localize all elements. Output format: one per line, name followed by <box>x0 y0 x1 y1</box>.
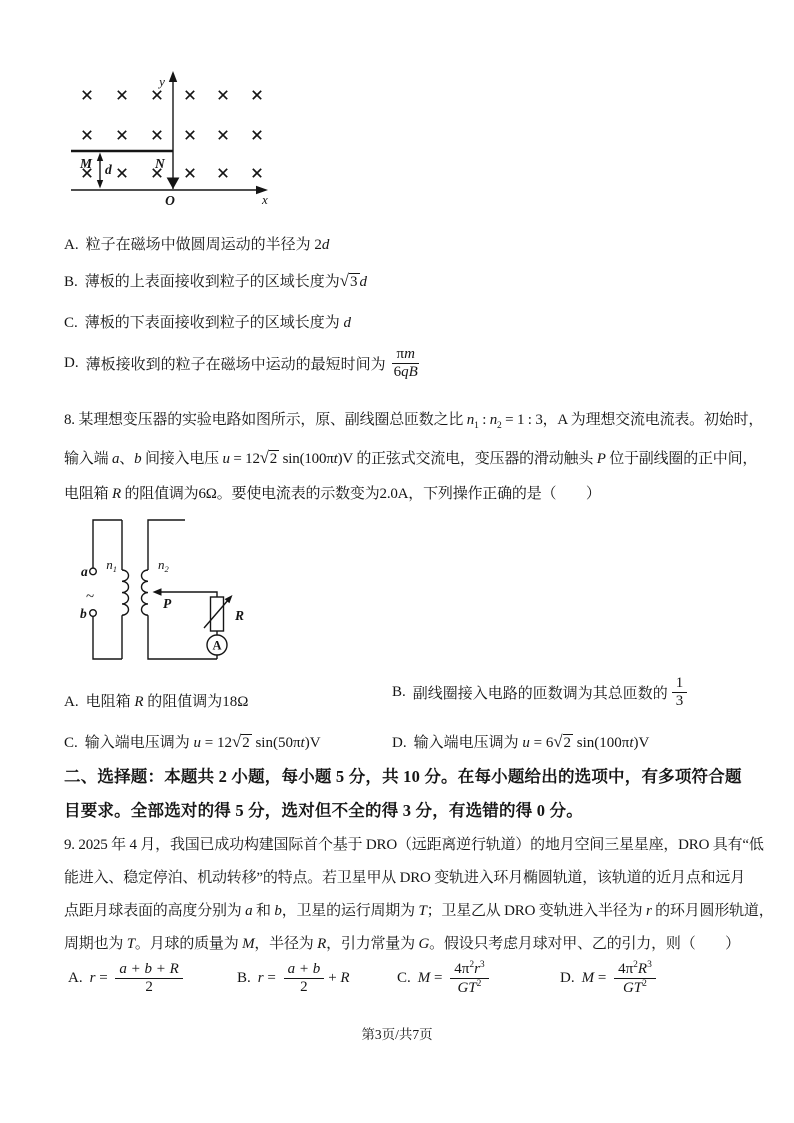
q9-l4-text2: 。月球的质量为 <box>135 936 242 952</box>
secondary-coil <box>142 570 149 615</box>
section2-header-line1: 二、选择题：本题共 2 小题，每小题 5 分，共 10 分。在每小题给出的选项中… <box>64 763 742 787</box>
q7-option-b-var: d <box>360 274 368 290</box>
primary-loop-wire <box>93 520 122 659</box>
q8-u-eq: = 12 <box>230 451 260 467</box>
q9-option-a: A. r = a + b + R 2 <box>68 955 187 1001</box>
frac-num-plain: π <box>396 346 404 362</box>
q8-l3-text1: 电阻箱 <box>64 486 112 502</box>
q9-l3-text4: ；卫星乙从 DRO 变轨进入半径为 <box>427 903 646 919</box>
fraction-4pi2r3-GT2: 4π2r3 GT2 <box>450 960 488 997</box>
field-cross-icon <box>153 91 161 99</box>
q8-u-var: u <box>223 451 230 467</box>
radical-icon: √ <box>260 448 269 467</box>
q7-option-c-var: d <box>344 315 352 331</box>
primary-coil <box>122 570 129 615</box>
q9-G-var: G <box>418 936 429 952</box>
q8-option-c-sin: sin(50π <box>252 735 301 751</box>
q9-l3-text1: 点距月球表面的高度分别为 <box>64 903 245 919</box>
q8-p-var: P <box>597 451 606 467</box>
q9-l3-text3: ，卫星的运行周期为 <box>282 903 419 919</box>
q8-option-d-u: u <box>522 735 530 751</box>
rheostat-arrow-line <box>204 599 229 628</box>
field-cross-icon <box>118 169 126 177</box>
field-cross-icon <box>219 131 227 139</box>
field-cross-icon <box>219 91 227 99</box>
q8-option-b-label: B. <box>392 684 406 701</box>
field-cross-icon <box>186 169 194 177</box>
q7-option-b-label: B. <box>64 274 78 290</box>
q9-option-d-label: D. <box>560 970 575 987</box>
particle-velocity-arrow-icon <box>167 178 180 190</box>
ac-tilde-icon: ~ <box>86 589 94 605</box>
q8-l1-text2: ，A 为理想交流电流表。初始时， <box>543 412 764 428</box>
plate-right-label: N <box>154 156 166 171</box>
field-cross-icon <box>186 131 194 139</box>
q8-r-var: R <box>112 486 121 502</box>
q8-option-c-label: C. <box>64 735 78 751</box>
fraction-abR-2: a + b + R 2 <box>115 961 182 996</box>
slider-arrow-icon <box>153 588 162 596</box>
slider-p-label: P <box>163 596 172 611</box>
q8-option-d-label: D. <box>392 735 407 751</box>
radical-icon: √ <box>340 271 349 290</box>
page-number: 第3页/共7页 <box>0 1023 794 1043</box>
q9-stem-line4: 周期也为 T。月球的质量为 M，半径为 R，引力常量为 G。假设只考虑月球对甲、… <box>64 932 740 953</box>
sqrt-3: √3 <box>340 274 360 290</box>
q8-l3-text2: 的阻值调为6Ω。要使电流表的示数变为2.0A，下列操作正确的是（ ） <box>121 486 601 502</box>
q8-option-a-text2: 的阻值调为18Ω <box>144 694 249 710</box>
gap-arrow-up-icon <box>97 153 103 162</box>
exam-page: y x O M N d A.粒子在磁场中做圆周运动的半径为 2d B.薄板的上表… <box>0 0 794 1123</box>
q9-l4-text5: 。假设只考虑月球对甲、乙的引力，则（ ） <box>429 936 740 952</box>
field-cross-icon <box>83 91 91 99</box>
field-cross-icon <box>253 169 261 177</box>
q7-option-d-label: D. <box>64 355 79 372</box>
ammeter-label: A <box>212 639 221 653</box>
y-axis-label: y <box>157 74 165 89</box>
q8-option-c: C.输入端电压调为 u = 12√2 sin(50πt)V <box>64 731 321 752</box>
q7-option-b: B.薄板的上表面接收到粒子的区域长度为√3d <box>64 270 367 291</box>
terminal-b-label: b <box>80 606 87 621</box>
q8-option-c-close: )V <box>305 735 321 751</box>
q8-option-b-text: 副线圈接入电路的匝数调为其总匝数的 <box>413 682 668 703</box>
q9-stem-line2: 能进入、稳定停泊、机动转移”的特点。若卫星甲从 DRO 变轨进入环月椭圆轨道，该… <box>64 866 745 887</box>
magnetic-field-diagram: y x O M N d <box>58 70 293 220</box>
sqrt-2: √2 <box>260 451 279 467</box>
q9-option-d: D. M = 4π2R3 GT2 <box>560 955 660 1001</box>
q8-option-d-text: 输入端电压调为 <box>414 735 523 751</box>
gap-label: d <box>105 162 112 177</box>
q7-option-a-text: 粒子在磁场中做圆周运动的半径为 <box>86 237 315 253</box>
q7-option-a-coeff: 2 <box>314 237 322 253</box>
terminal-b <box>90 610 97 617</box>
q8-option-c-u: u <box>194 735 202 751</box>
fraction-pim-6qB: πm 6qB <box>390 346 422 381</box>
radical-icon: √ <box>553 732 562 751</box>
q8-option-d-close: )V <box>634 735 650 751</box>
frac-den-var: qB <box>401 364 418 380</box>
origin-label: O <box>165 193 175 208</box>
q9-M-var: M <box>242 936 254 952</box>
field-cross-icon <box>153 131 161 139</box>
terminal-a <box>90 568 97 575</box>
q8-l2-text4: 位于副线圈的正中间， <box>606 451 758 467</box>
q9-R-var: R <box>317 936 326 952</box>
q8-option-a-label: A. <box>64 694 79 710</box>
q8-dunhao: 、 <box>119 451 134 467</box>
q8-stem-line1: 8. 某理想变压器的实验电路如图所示，原、副线圈总匝数之比 n1 : n2 = … <box>64 408 763 431</box>
q7-option-a: A.粒子在磁场中做圆周运动的半径为 2d <box>64 233 329 254</box>
q9-b-eq: = <box>264 970 280 986</box>
q8-sin-close: )V <box>338 451 353 467</box>
q9-T2-var: T <box>127 936 135 952</box>
q9-T-var: T <box>418 903 426 919</box>
q9-option-b-label: B. <box>237 970 251 987</box>
q9-stem-line1: 9. 2025 年 4 月，我国已成功构建国际首个基于 DRO（远距离逆行轨道）… <box>64 833 764 854</box>
q9-c-eq: = <box>430 970 446 986</box>
q9-option-b: B. r = a + b 2 + R <box>237 955 350 1001</box>
transformer-circuit-diagram: A n1 n2 a ~ b P R <box>76 514 261 669</box>
fraction-4pi2R3-GT2: 4π2R3 GT2 <box>614 960 656 997</box>
q9-option-a-label: A. <box>68 970 83 987</box>
field-cross-icon <box>253 91 261 99</box>
q8-l2-text3: 的正弦式交流电，变压器的滑动触头 <box>353 451 597 467</box>
rheostat-box <box>211 597 224 631</box>
q7-option-c-label: C. <box>64 315 78 331</box>
q9-stem-line3: 点距月球表面的高度分别为 a 和 b，卫星的运行周期为 T；卫星乙从 DRO 变… <box>64 899 774 920</box>
secondary-wire <box>148 520 217 659</box>
terminal-a-label: a <box>81 564 88 579</box>
field-cross-icon <box>219 169 227 177</box>
field-cross-icon <box>118 131 126 139</box>
n1-label: n1 <box>106 557 117 574</box>
frac-den-plain: 6 <box>394 364 402 380</box>
q8-n1-var: n <box>467 412 474 428</box>
q9-option-c: C. M = 4π2r3 GT2 <box>397 955 493 1001</box>
q8-option-c-eq: = 12 <box>201 735 232 751</box>
q8-option-a-text1: 电阻箱 <box>86 694 135 710</box>
q8-stem-line3: 电阻箱 R 的阻值调为6Ω。要使电流表的示数变为2.0A，下列操作正确的是（ ） <box>64 482 601 503</box>
section2-header-line2: 目要求。全部选对的得 5 分，选对但不全的得 3 分，有选错的得 0 分。 <box>64 797 583 821</box>
q9-l3-text5: 的环月圆形轨道， <box>652 903 774 919</box>
q9-l4-text4: ，引力常量为 <box>326 936 418 952</box>
field-cross-icon <box>186 91 194 99</box>
field-cross-icon <box>83 131 91 139</box>
q8-l2-text1: 输入端 <box>64 451 112 467</box>
q8-n2-var: n <box>490 412 497 428</box>
q9-l4-text1: 周期也为 <box>64 936 127 952</box>
gap-arrow-down-icon <box>97 180 103 189</box>
radical-icon: √ <box>232 732 241 751</box>
q8-sin-open: sin(100π <box>279 451 334 467</box>
q7-option-d: D. 薄板接收到的粒子在磁场中运动的最短时间为 πm 6qB <box>64 342 426 384</box>
q8-ratio-colon: : <box>479 412 490 428</box>
sqrt-2: √2 <box>232 735 252 751</box>
q9-d-lhs: M <box>582 970 595 986</box>
n2-label: n2 <box>158 557 170 574</box>
sqrt-2: √2 <box>553 735 573 751</box>
q8-option-c-text: 输入端电压调为 <box>85 735 194 751</box>
fraction-ab-2: a + b 2 <box>284 961 325 996</box>
q8-ratio-eq: = 1 : 3 <box>502 412 543 428</box>
q7-option-d-text: 薄板接收到的粒子在磁场中运动的最短时间为 <box>86 353 386 374</box>
q8-option-d: D.输入端电压调为 u = 6√2 sin(100πt)V <box>392 731 649 752</box>
field-cross-icon <box>253 131 261 139</box>
q9-option-c-label: C. <box>397 970 411 987</box>
q9-l3-text2: 和 <box>252 903 274 919</box>
q8-option-d-eq: = 6 <box>530 735 553 751</box>
plate-left-label: M <box>79 156 93 171</box>
q9-l4-text3: ，半径为 <box>254 936 317 952</box>
q8-l1-text1: 8. 某理想变压器的实验电路如图所示，原、副线圈总匝数之比 <box>64 412 467 428</box>
q9-a-eq: = <box>95 970 111 986</box>
q9-b-tailR: R <box>340 970 349 986</box>
q8-option-b: B. 副线圈接入电路的匝数调为其总匝数的 1 3 <box>392 672 691 712</box>
q8-option-d-sin: sin(100π <box>573 735 629 751</box>
q8-stem-line2: 输入端 a、b 间接入电压 u = 12√2 sin(100πt)V 的正弦式交… <box>64 447 757 468</box>
q9-b-plus: + <box>328 970 340 986</box>
field-cross-icon <box>118 91 126 99</box>
fraction-one-third: 1 3 <box>672 675 688 710</box>
q9-d-eq: = <box>594 970 610 986</box>
rheostat-r-label: R <box>234 608 244 623</box>
frac-num-var: m <box>404 346 415 362</box>
q7-option-c-text: 薄板的下表面接收到粒子的区域长度为 <box>85 315 344 331</box>
q8-option-a-var: R <box>134 694 143 710</box>
q7-option-a-var: d <box>322 237 330 253</box>
y-axis-arrowhead-icon <box>169 71 177 82</box>
x-axis-label: x <box>261 192 268 207</box>
q7-option-c: C.薄板的下表面接收到粒子的区域长度为 d <box>64 311 351 332</box>
q7-option-a-label: A. <box>64 237 79 253</box>
q8-l2-text2: 间接入电压 <box>141 451 222 467</box>
q7-option-b-text: 薄板的上表面接收到粒子的区域长度为 <box>85 274 340 290</box>
q9-c-lhs: M <box>418 970 431 986</box>
q8-option-a: A.电阻箱 R 的阻值调为18Ω <box>64 690 248 711</box>
q9-b-var: b <box>274 903 281 919</box>
